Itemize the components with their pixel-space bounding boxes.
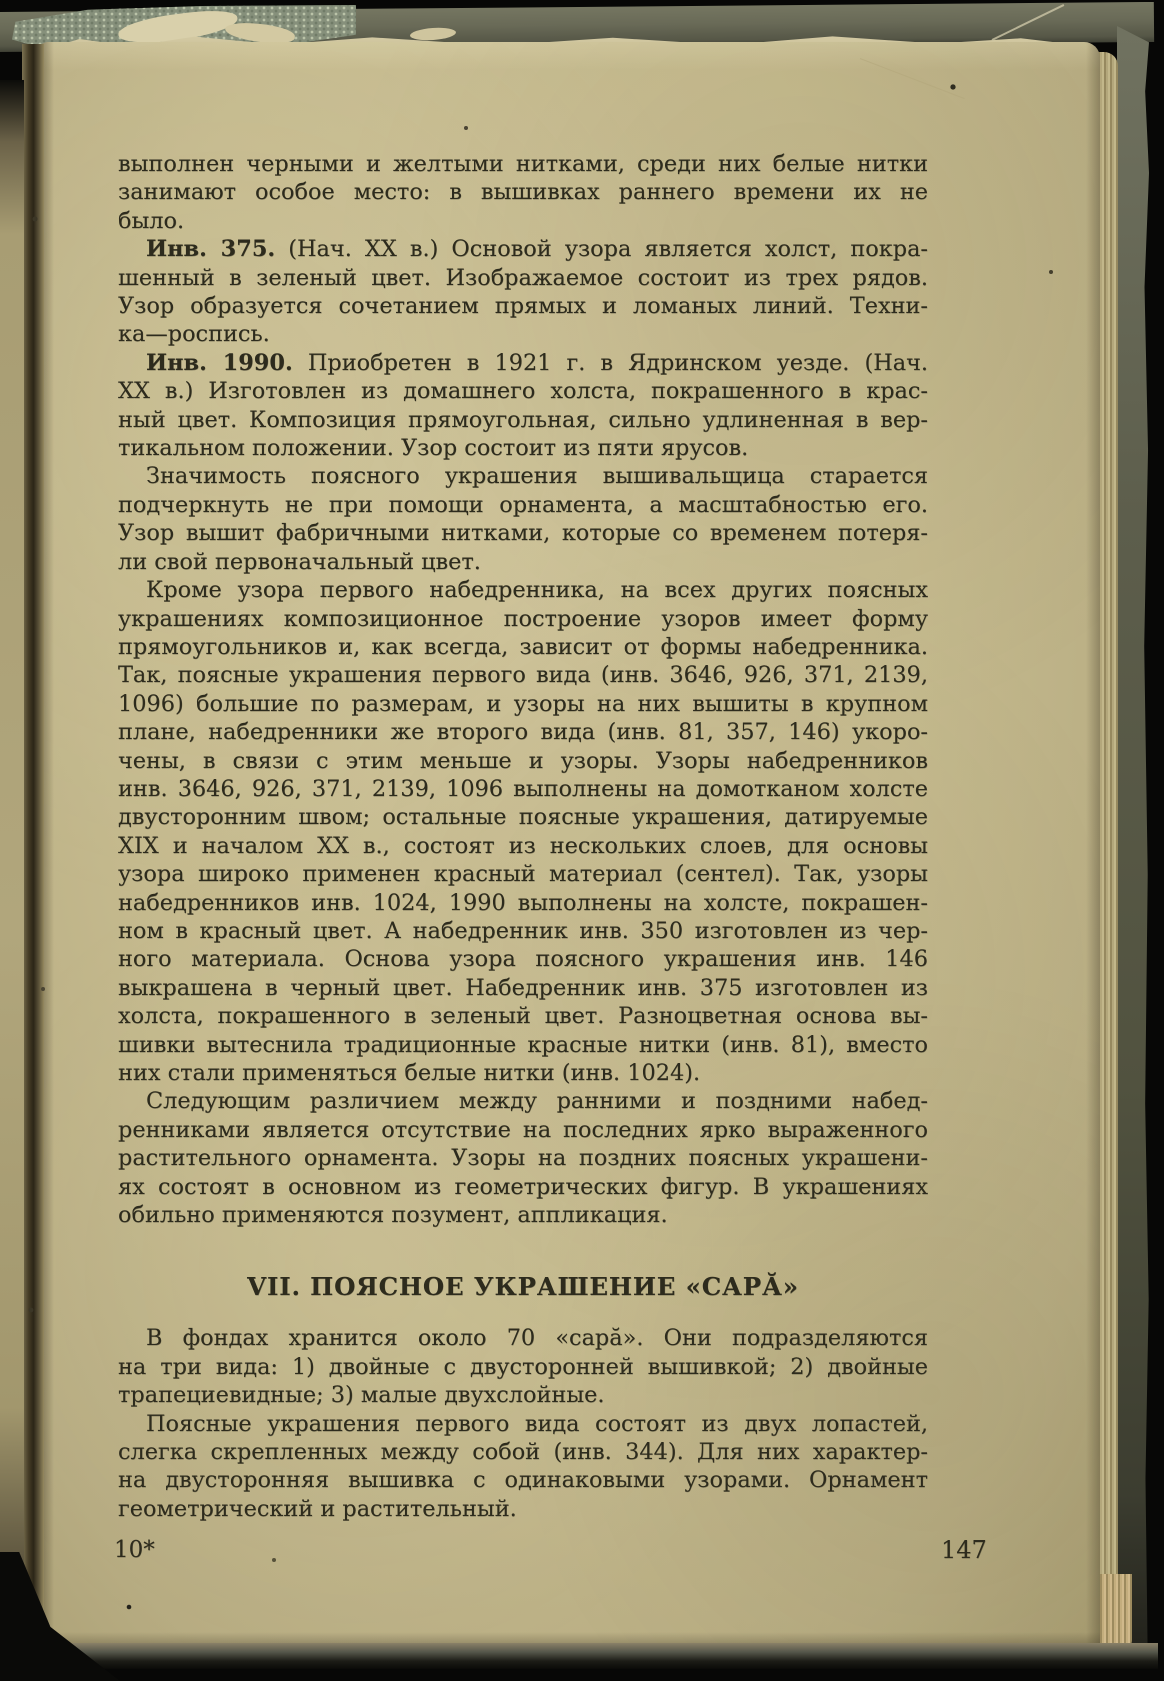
text-line: XIX и началом XX в., состоят из нескольк… — [118, 832, 928, 860]
text-line: Так, поясные украшения первого вида (инв… — [118, 661, 928, 689]
text-line: Кроме узора первого набедренника, на все… — [118, 576, 928, 604]
text-line: прямоугольников и, как всегда, зависит о… — [118, 633, 928, 661]
paragraph: Кроме узора первого набедренника, на все… — [118, 576, 928, 1087]
text-line: двусторонним швом; остальные поясные укр… — [118, 803, 928, 831]
text-line: инв. 3646, 926, 371, 2139, 1096 выполнен… — [118, 775, 928, 803]
text-line: растительного орнамента. Узоры на поздни… — [118, 1144, 928, 1172]
text-line: украшениях композиционное построение узо… — [118, 605, 928, 633]
text-line: ном в красный цвет. А набедренник инв. 3… — [118, 917, 928, 945]
text-line: 1096) большие по размерам, и узоры на ни… — [118, 690, 928, 718]
text-line: подчеркнуть не при помощи орнамента, а м… — [118, 491, 928, 519]
text-line: холста, покрашенного в зеленый цвет. Раз… — [118, 1002, 928, 1030]
inventory-number: Инв. 375. — [146, 236, 275, 262]
section-heading: VII. ПОЯСНОЕ УКРАШЕНИЕ «САРӐ» — [118, 1271, 928, 1303]
text-line: В фондах хранится около 70 «сарӑ». Они п… — [118, 1324, 928, 1352]
gutter-crease — [22, 44, 44, 1652]
text-line: Инв. 1990. Приобретен в 1921 г. в Ядринс… — [118, 349, 928, 377]
text-column: выполнен черными и желтыми нитками, сред… — [118, 150, 928, 1523]
text-line: шенный в зеленый цвет. Изображаемое сост… — [118, 264, 928, 292]
text-line: трапециевидные; 3) малые двухслойные. — [118, 1381, 928, 1409]
facing-page-edge — [0, 80, 24, 1624]
book-bottom-edge — [18, 1643, 1158, 1669]
text-line: Узор вышит фабричными нитками, которые с… — [118, 519, 928, 547]
text-line: выполнен черными и желтыми нитками, сред… — [118, 150, 928, 178]
text-line: геометрический и растительный. — [118, 1495, 928, 1523]
text-line: на три вида: 1) двойные с двусторонней в… — [118, 1353, 928, 1381]
text-line: XX в.) Изготовлен из домашнего холста, п… — [118, 377, 928, 405]
text-line: чены, в связи с этим меньше и узоры. Узо… — [118, 747, 928, 775]
paragraph: выполнен черными и желтыми нитками, сред… — [118, 150, 928, 235]
text-segment: Приобретен в 1921 г. в Ядринском уезде. … — [293, 350, 928, 376]
text-line: плане, набедренники же второго вида (инв… — [118, 718, 928, 746]
text-line: узора широко применен красный материал (… — [118, 860, 928, 888]
paragraph: Значимость поясного украшения вышивальщи… — [118, 462, 928, 576]
text-line: ренниками является отсутствие на последн… — [118, 1116, 928, 1144]
book-cover-edge-right — [1117, 26, 1149, 1658]
text-line: набедренников инв. 1024, 1990 выполнены … — [118, 889, 928, 917]
text-line: Значимость поясного украшения вышивальщи… — [118, 462, 928, 490]
paragraph: Следующим различием между ранними и позд… — [118, 1087, 928, 1229]
text-line: ный цвет. Композиция прямоугольная, силь… — [118, 406, 928, 434]
text-line: ли свой первоначальный цвет. — [118, 548, 928, 576]
text-line: шивки вытеснила традиционные красные нит… — [118, 1031, 928, 1059]
text-line: было. — [118, 207, 928, 235]
text-line: Узор образуется сочетанием прямых и лома… — [118, 292, 928, 320]
text-line: тикальном положении. Узор состоит из пят… — [118, 434, 928, 462]
text-line: ях состоят в основном из геометрических … — [118, 1173, 928, 1201]
text-line: выкрашена в черный цвет. Набедренник инв… — [118, 974, 928, 1002]
text-line: них стали применяться белые нитки (инв. … — [118, 1059, 928, 1087]
signature-mark: 10* — [114, 1537, 155, 1563]
paragraph: Инв. 1990. Приобретен в 1921 г. в Ядринс… — [118, 349, 928, 463]
text-line: Следующим различием между ранними и позд… — [118, 1087, 928, 1115]
text-line: обильно применяются позумент, аппликация… — [118, 1201, 928, 1229]
text-line: Поясные украшения первого вида состоят и… — [118, 1410, 928, 1438]
page-number: 147 — [941, 1537, 987, 1563]
dust-specks — [0, 0, 2, 2]
text-line: ного материала. Основа узора поясного ук… — [118, 945, 928, 973]
paragraph: Поясные украшения первого вида состоят и… — [118, 1410, 928, 1524]
text-line: ка—роспись. — [118, 320, 928, 348]
text-line: на двусторонняя вышивка с одинаковыми уз… — [118, 1466, 928, 1494]
text-line: занимают особое место: в вышивках раннег… — [118, 178, 928, 206]
paragraph: Инв. 375. (Нач. XX в.) Основой узора явл… — [118, 235, 928, 349]
inventory-number: Инв. 1990. — [146, 350, 293, 376]
paragraph: В фондах хранится около 70 «сарӑ». Они п… — [118, 1324, 928, 1409]
text-line: Инв. 375. (Нач. XX в.) Основой узора явл… — [118, 235, 928, 263]
text-segment: (Нач. XX в.) Основой узора является холс… — [275, 236, 928, 262]
text-line: слегка скрепленных между собой (инв. 344… — [118, 1438, 928, 1466]
